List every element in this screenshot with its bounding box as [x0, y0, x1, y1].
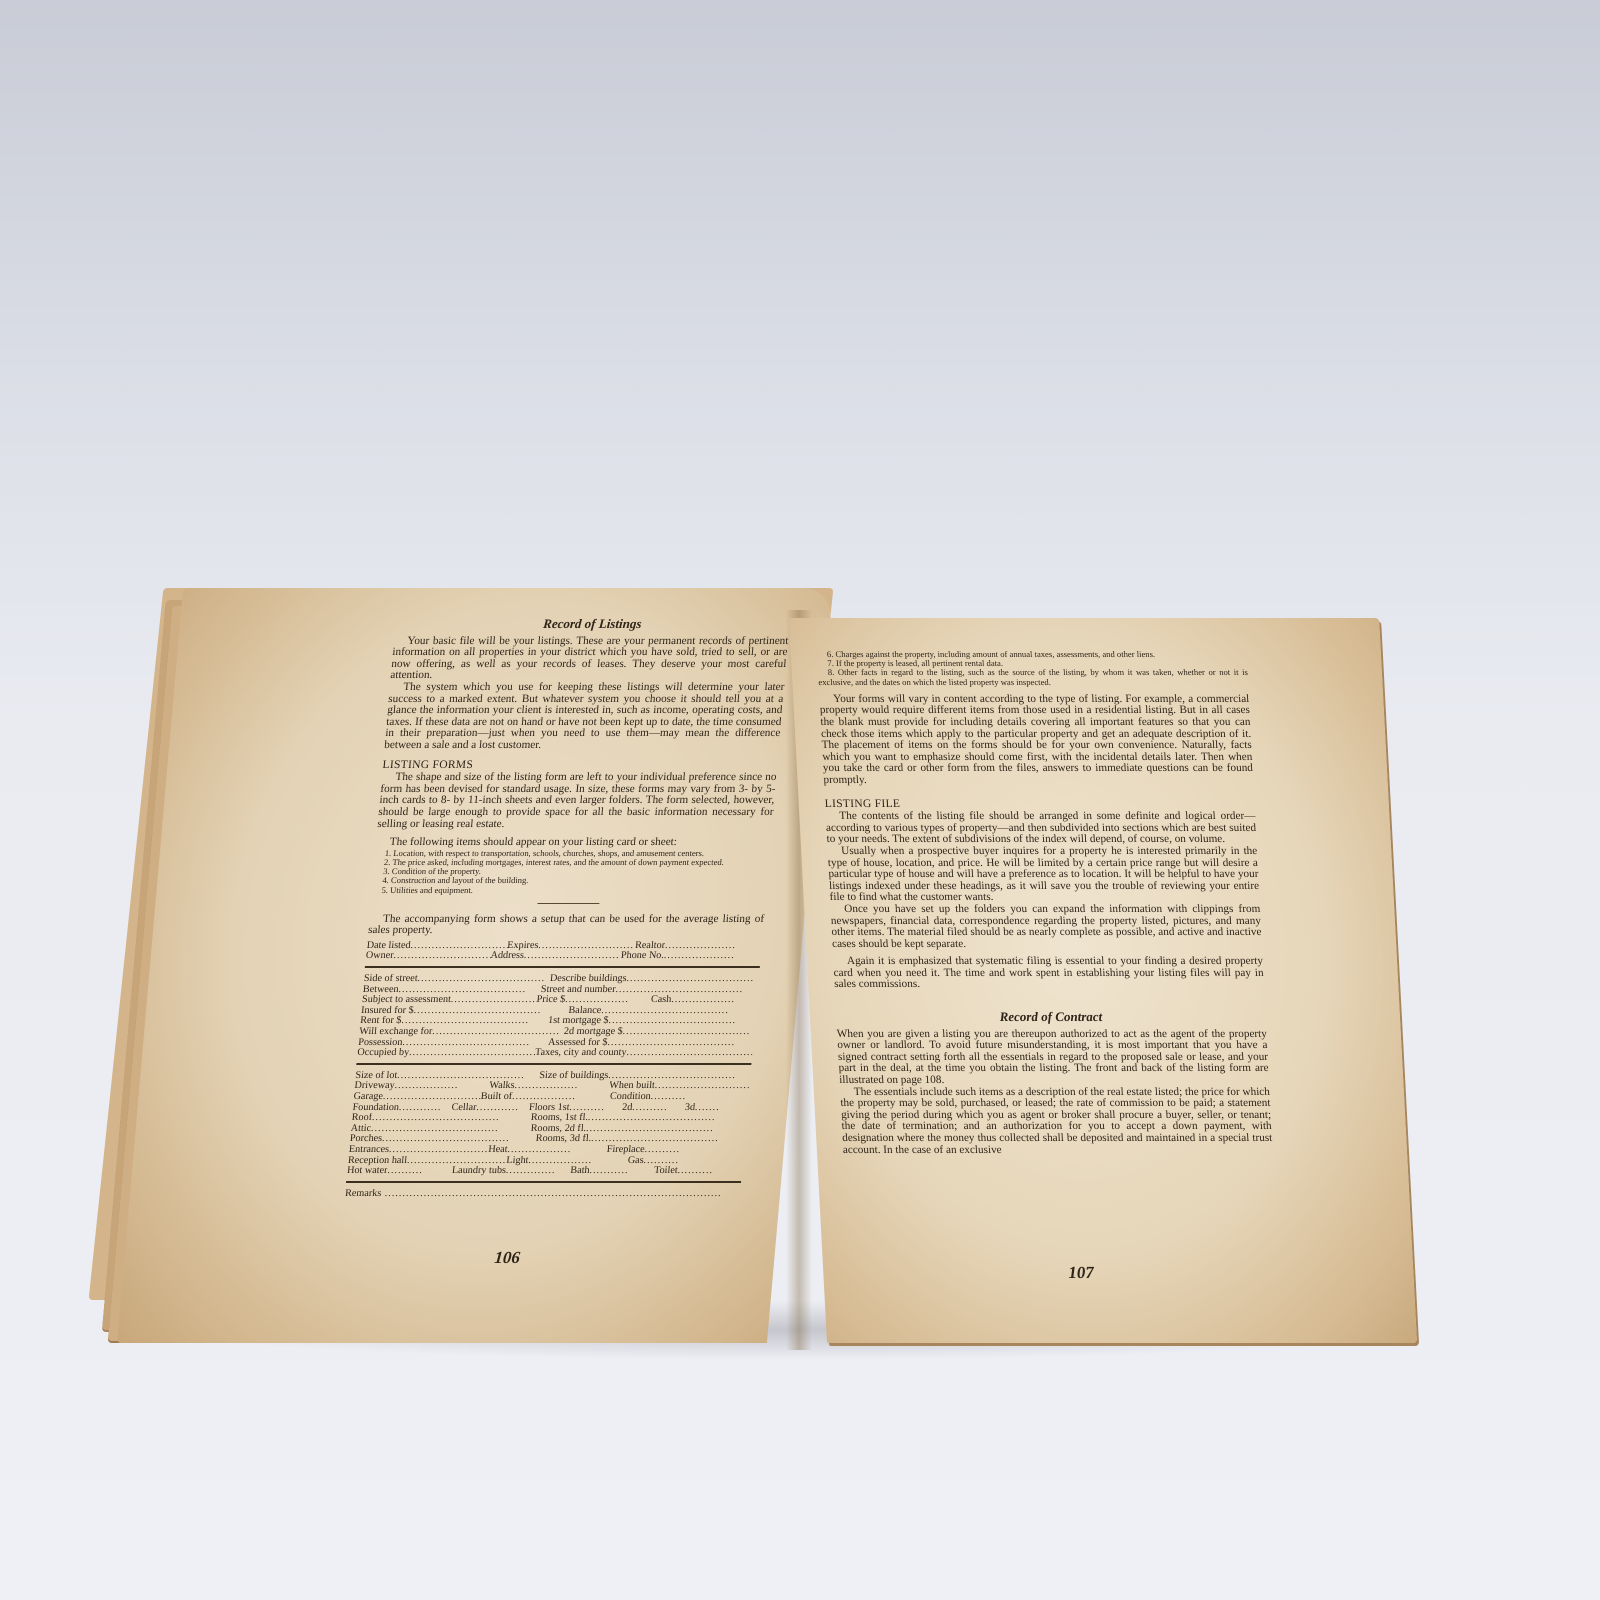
- dot-leader: ....................................: [591, 1134, 746, 1145]
- form-label: Driveway: [354, 1081, 395, 1092]
- form-label: Will exchange for: [359, 1027, 433, 1038]
- dot-leader: ..................: [514, 1081, 610, 1092]
- form-rule: [346, 1181, 741, 1183]
- page-number: 107: [1068, 1263, 1095, 1283]
- dot-leader: ....................................: [586, 1124, 746, 1135]
- dot-leader: ....................................: [615, 985, 758, 996]
- form-rule: [365, 966, 760, 968]
- dot-leader: ..........: [569, 1103, 622, 1114]
- form-row: Insured for $...........................…: [361, 1006, 757, 1017]
- dot-leader: ..........................: [450, 995, 537, 1006]
- form-label: Assessed for $: [548, 1038, 608, 1049]
- form-row: Roof....................................…: [351, 1113, 747, 1124]
- form-row: Date listed.............................…: [366, 941, 762, 952]
- paragraph: Usually when a prospective buyer inquire…: [827, 846, 1260, 904]
- form-label: Rooms, 1st fl.: [530, 1113, 588, 1124]
- form-label: 1st mortgage $: [547, 1016, 608, 1027]
- paragraph: The contents of the listing file should …: [825, 811, 1257, 846]
- section-title-listing-forms: LISTING FORMS: [382, 760, 778, 772]
- dot-leader: ....................................: [397, 1071, 540, 1082]
- dot-leader: ...........................: [538, 941, 636, 952]
- form-label: Date listed: [366, 941, 411, 952]
- item-list: 1. Location, with respect to transportat…: [371, 849, 770, 895]
- form-label: Foundation: [352, 1103, 399, 1114]
- paragraph: The essentials include such items as a d…: [840, 1087, 1274, 1157]
- form-row: Size of lot.............................…: [355, 1071, 751, 1082]
- page-number: 106: [494, 1248, 521, 1268]
- form-label: Reception hall: [347, 1156, 407, 1167]
- paragraph: Your forms will vary in content accordin…: [819, 694, 1254, 787]
- dot-leader: ....................................: [402, 1038, 549, 1049]
- dot-leader: ....................................: [371, 1124, 532, 1135]
- dot-leader: ....................................: [372, 1113, 532, 1124]
- paragraph: Again it is emphasized that systematic f…: [833, 956, 1265, 991]
- dot-leader: ...........: [589, 1166, 654, 1177]
- dot-leader: .............................: [410, 941, 508, 952]
- form-row: Hot water..........Laundry tubs.........…: [347, 1166, 743, 1177]
- form-row: Side of street..........................…: [363, 974, 759, 985]
- form-label: Porches: [349, 1134, 382, 1145]
- form-label: Toilet: [653, 1166, 678, 1177]
- dot-leader: ..............: [505, 1166, 570, 1177]
- listing-form: Date listed.............................…: [345, 941, 763, 1199]
- dot-leader: ....................................: [626, 1048, 753, 1059]
- form-label: Possession: [358, 1038, 403, 1049]
- right-page-content: 6. Charges against the property, includi…: [817, 650, 1274, 1156]
- paragraph: When you are given a listing you are the…: [837, 1029, 1270, 1087]
- heading-record-of-listings: Record of Listings: [394, 618, 790, 630]
- dot-leader: ............: [398, 1103, 451, 1114]
- form-label: Floors 1st: [529, 1103, 570, 1114]
- dot-leader: ..........: [643, 1156, 743, 1167]
- right-page: 6. Charges against the property, includi…: [789, 618, 1417, 1343]
- continued-item-list: 6. Charges against the property, includi…: [817, 650, 1249, 687]
- left-page-content: Record of Listings Your basic file will …: [345, 618, 791, 1199]
- dot-leader: ....................................: [608, 1071, 751, 1082]
- form-label: Subject to assessment: [361, 995, 451, 1006]
- dot-leader: ....................................: [413, 1006, 569, 1017]
- form-label: Hot water: [347, 1166, 388, 1177]
- form-label: Heat: [488, 1145, 508, 1156]
- form-row: Subject to assessment...................…: [361, 995, 757, 1006]
- paragraph: The system which you use for keeping the…: [384, 682, 785, 752]
- form-label: Size of lot: [355, 1071, 398, 1082]
- form-label: Garage: [353, 1092, 383, 1103]
- form-label: Side of street: [363, 974, 418, 985]
- form-row: Porches.................................…: [349, 1134, 745, 1145]
- items-intro: The following items should appear on you…: [375, 837, 771, 849]
- form-row: Rent for $..............................…: [360, 1016, 756, 1027]
- form-row: Garage..................................…: [353, 1092, 749, 1103]
- dot-leader: ....................................: [587, 1113, 747, 1124]
- dot-leader: ....................: [663, 951, 761, 962]
- form-label: Cellar: [451, 1103, 477, 1114]
- form-label: Street and number: [540, 985, 616, 996]
- form-row: Reception hall..........................…: [347, 1156, 743, 1167]
- form-label: Phone No.: [620, 951, 664, 962]
- dot-leader: ..................: [528, 1156, 628, 1167]
- dot-leader: ..................: [512, 1092, 611, 1103]
- form-label: Rooms, 2d fl.: [530, 1124, 586, 1135]
- form-label: Describe buildings: [549, 974, 627, 985]
- dot-leader: ..........: [650, 1092, 749, 1103]
- form-label: Bath: [570, 1166, 590, 1177]
- dot-leader: ..........: [632, 1103, 685, 1114]
- form-label: Entrances: [348, 1145, 389, 1156]
- dot-leader: .............................: [393, 951, 491, 962]
- form-label: Attic: [350, 1124, 371, 1135]
- form-row: Between.................................…: [362, 985, 758, 996]
- dot-leader: ....................: [665, 941, 763, 952]
- dot-leader: ..................: [565, 995, 652, 1006]
- divider: [537, 903, 599, 904]
- heading-record-of-contract: Record of Contract: [836, 1011, 1267, 1023]
- form-label: Owner: [365, 951, 394, 962]
- form-label: Occupied by: [357, 1048, 410, 1059]
- form-label: Built of: [480, 1092, 512, 1103]
- dot-leader: ..................: [394, 1081, 490, 1092]
- list-item: 5. Utilities and equipment.: [371, 886, 767, 895]
- form-label: Laundry tubs: [451, 1166, 506, 1177]
- form-row: Attic...................................…: [350, 1124, 746, 1135]
- dot-leader: .............................: [654, 1081, 750, 1092]
- dot-leader: .......: [695, 1103, 748, 1114]
- form-label: Taxes, city and county: [534, 1048, 626, 1059]
- paragraph: The shape and size of the listing form a…: [377, 772, 777, 830]
- form-label-remarks: Remarks: [345, 1189, 382, 1200]
- dot-leader: ....................................: [382, 1134, 537, 1145]
- dot-leader: ....................................: [607, 1038, 754, 1049]
- form-row: Driveway..................Walks.........…: [354, 1081, 750, 1092]
- dot-leader: ....................................: [601, 1006, 757, 1017]
- form-label: Between: [362, 985, 399, 996]
- dot-leader: ..................: [671, 995, 758, 1006]
- dot-leader: ....................................: [409, 1048, 536, 1059]
- dot-leader: ....................................: [626, 974, 759, 985]
- form-label: Size of buildings: [539, 1071, 609, 1082]
- form-label: Walks: [489, 1081, 515, 1092]
- form-row: Foundation............Cellar............…: [352, 1103, 748, 1114]
- form-label: Address: [490, 951, 524, 962]
- form-rule: [356, 1063, 751, 1065]
- form-label: Balance: [568, 1006, 602, 1017]
- dot-leader: ..........: [644, 1145, 744, 1156]
- form-label: Rent for $: [360, 1016, 402, 1027]
- form-label: Fireplace: [606, 1145, 645, 1156]
- dot-leader: ...........................: [523, 951, 621, 962]
- dot-leader: ....................................: [382, 1092, 481, 1103]
- section-title-listing-file: LISTING FILE: [824, 799, 1255, 811]
- dot-leader: ........................................…: [381, 1189, 741, 1200]
- paragraph: Your basic file will be your listings. T…: [390, 636, 789, 682]
- form-label: 2d mortgage $: [563, 1027, 623, 1038]
- form-label: Condition: [609, 1092, 651, 1103]
- dot-leader: ....................................: [401, 1016, 548, 1027]
- dot-leader: ....................................: [622, 1027, 754, 1038]
- form-label: Realtor: [635, 941, 666, 952]
- form-label: Roof: [351, 1113, 372, 1124]
- form-label: Expires: [507, 941, 539, 952]
- dot-leader: ....................................: [417, 974, 550, 985]
- form-label: Light: [506, 1156, 529, 1167]
- form-row: Owner............................. Addre…: [365, 951, 761, 962]
- form-row: Will exchange for.......................…: [359, 1027, 755, 1038]
- dot-leader: ....................................: [407, 1156, 507, 1167]
- form-row: Entrances...............................…: [348, 1145, 744, 1156]
- form-label: Price $: [536, 995, 566, 1006]
- form-row: Occupied by.............................…: [357, 1048, 753, 1059]
- list-item: 8. Other facts in regard to the listing,…: [818, 668, 1249, 686]
- form-label: When built: [609, 1081, 655, 1092]
- dot-leader: ..........: [677, 1166, 742, 1177]
- form-label: Cash: [650, 995, 671, 1006]
- form-label: Rooms, 3d fl.: [535, 1134, 591, 1145]
- dot-leader: ....................................: [608, 1016, 755, 1027]
- dot-leader: ....................................: [432, 1027, 564, 1038]
- paragraph: Once you have set up the folders you can…: [830, 904, 1262, 950]
- dot-leader: ..................: [507, 1145, 607, 1156]
- form-intro: The accompanying form shows a setup that…: [368, 914, 765, 937]
- form-row-remarks: Remarks ................................…: [345, 1189, 741, 1200]
- form-label: Gas: [627, 1156, 644, 1167]
- dot-leader: ....................................: [389, 1145, 489, 1156]
- form-label: Insured for $: [361, 1006, 415, 1017]
- dot-leader: ............: [476, 1103, 529, 1114]
- form-row: Possession..............................…: [358, 1038, 754, 1049]
- left-page: Record of Listings Your basic file will …: [117, 588, 833, 1343]
- dot-leader: ..........: [387, 1166, 452, 1177]
- dot-leader: ....................................: [398, 985, 541, 996]
